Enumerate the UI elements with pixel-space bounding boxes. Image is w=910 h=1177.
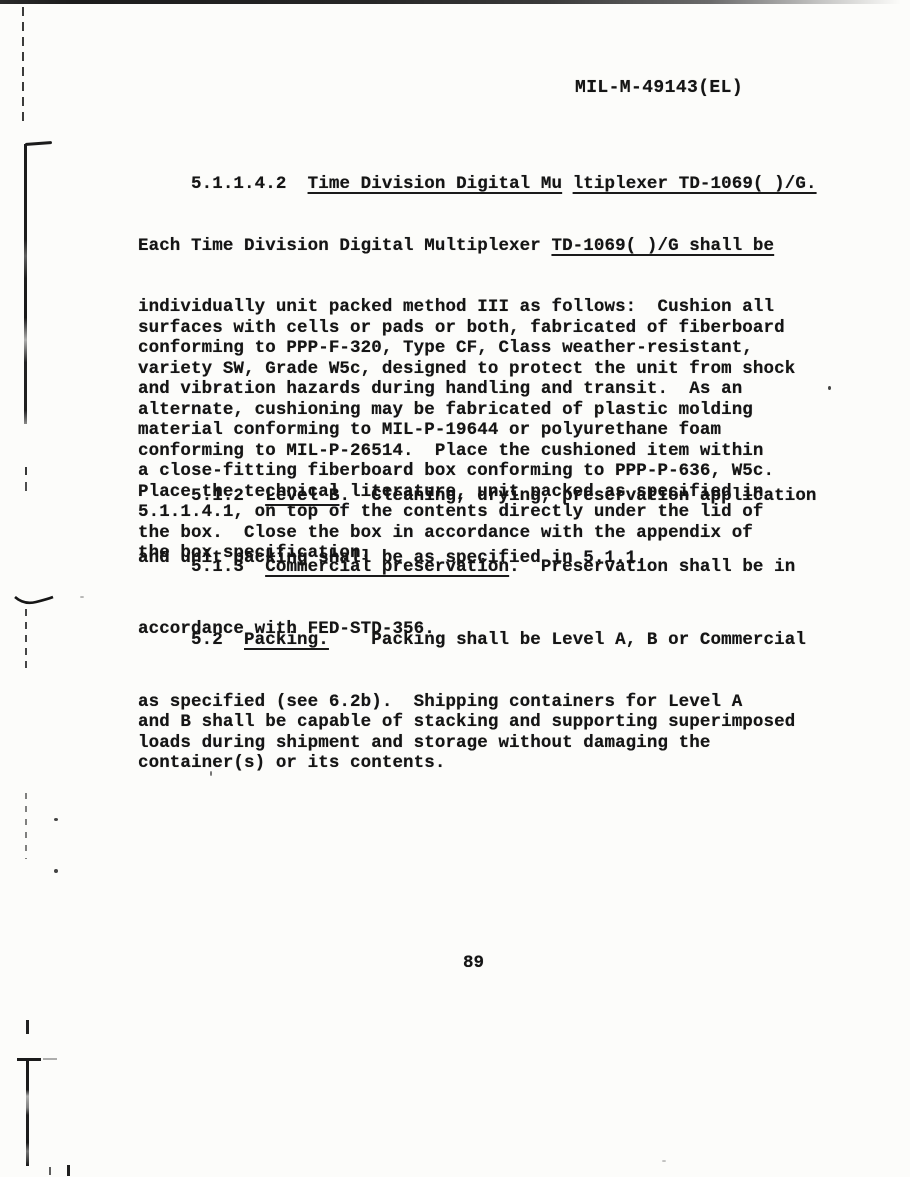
paragraph-5-2: 5.2 Packing. Packing shall be Level A, B… — [138, 589, 806, 815]
paragraph-number: 5.1.2 — [138, 486, 265, 506]
margin-tick-2 — [25, 482, 27, 491]
margin-bracket-3-horizontal-faint — [43, 1058, 57, 1060]
paragraph-body: as specified (see 6.2b). Shipping contai… — [138, 692, 806, 774]
margin-bracket-2-vertical — [25, 609, 27, 669]
margin-bracket-2-swoosh — [13, 593, 55, 607]
scan-speck — [828, 386, 831, 390]
underlined-heading-text: ltiplexer TD-1069( )/G. — [573, 174, 817, 194]
text-line: 5.1.2 Level B. Cleaning, drying, preserv… — [138, 486, 817, 507]
document-page: MIL-M-49143(EL) 5.1.1.4.2 Time Division … — [0, 0, 910, 1177]
underlined-heading-text: Level B — [265, 486, 339, 506]
margin-bracket-3-horizontal — [17, 1058, 41, 1061]
text-line: 5.2 Packing. Packing shall be Level A, B… — [138, 630, 806, 651]
scan-speck — [54, 869, 58, 873]
text-line: Each Time Division Digital Multiplexer T… — [138, 236, 817, 257]
scan-speck — [80, 596, 84, 598]
underlined-text: TD-1069( )/G shall be — [551, 236, 774, 256]
underlined-heading-text: Packing. — [244, 630, 329, 650]
paragraph-number: 5.2 — [138, 630, 244, 650]
underlined-heading-text: Commercial preservation — [265, 557, 509, 577]
margin-bottom-tick-1 — [49, 1167, 51, 1175]
paragraph-number: 5.1.1.4.2 — [138, 174, 308, 194]
scan-gap — [562, 174, 573, 194]
margin-bottom-tick-2 — [67, 1165, 70, 1176]
text-segment: . Preservation shall be in — [509, 557, 795, 577]
margin-bracket-1-vertical — [24, 144, 27, 424]
margin-bracket-3-vertical — [26, 1060, 29, 1166]
margin-tick-3 — [26, 1020, 29, 1034]
page-number: 89 — [463, 953, 484, 973]
underlined-heading-text: Time Division Digital Mu — [308, 174, 562, 194]
paragraph-number: 5.1.3 — [138, 557, 265, 577]
text-line: 5.1.1.4.2 Time Division Digital Mu ltipl… — [138, 174, 817, 195]
text-line: 5.1.3 Commercial preservation. Preservat… — [138, 557, 795, 578]
text-segment: . Cleaning, drying, preservation applica… — [339, 486, 816, 506]
scan-speck — [662, 1160, 666, 1162]
document-id-header: MIL-M-49143(EL) — [575, 78, 743, 98]
margin-bracket-1-horizontal — [25, 141, 52, 146]
text-segment: Packing shall be Level A, B or Commercia… — [329, 630, 806, 650]
margin-dashed-line-middle — [25, 793, 27, 859]
scan-top-edge-line — [0, 0, 910, 4]
scan-speck — [54, 818, 58, 821]
text-segment: Each Time Division Digital Multiplexer — [138, 236, 551, 256]
margin-tick-1 — [25, 467, 27, 475]
margin-dashed-line-top — [22, 7, 24, 125]
